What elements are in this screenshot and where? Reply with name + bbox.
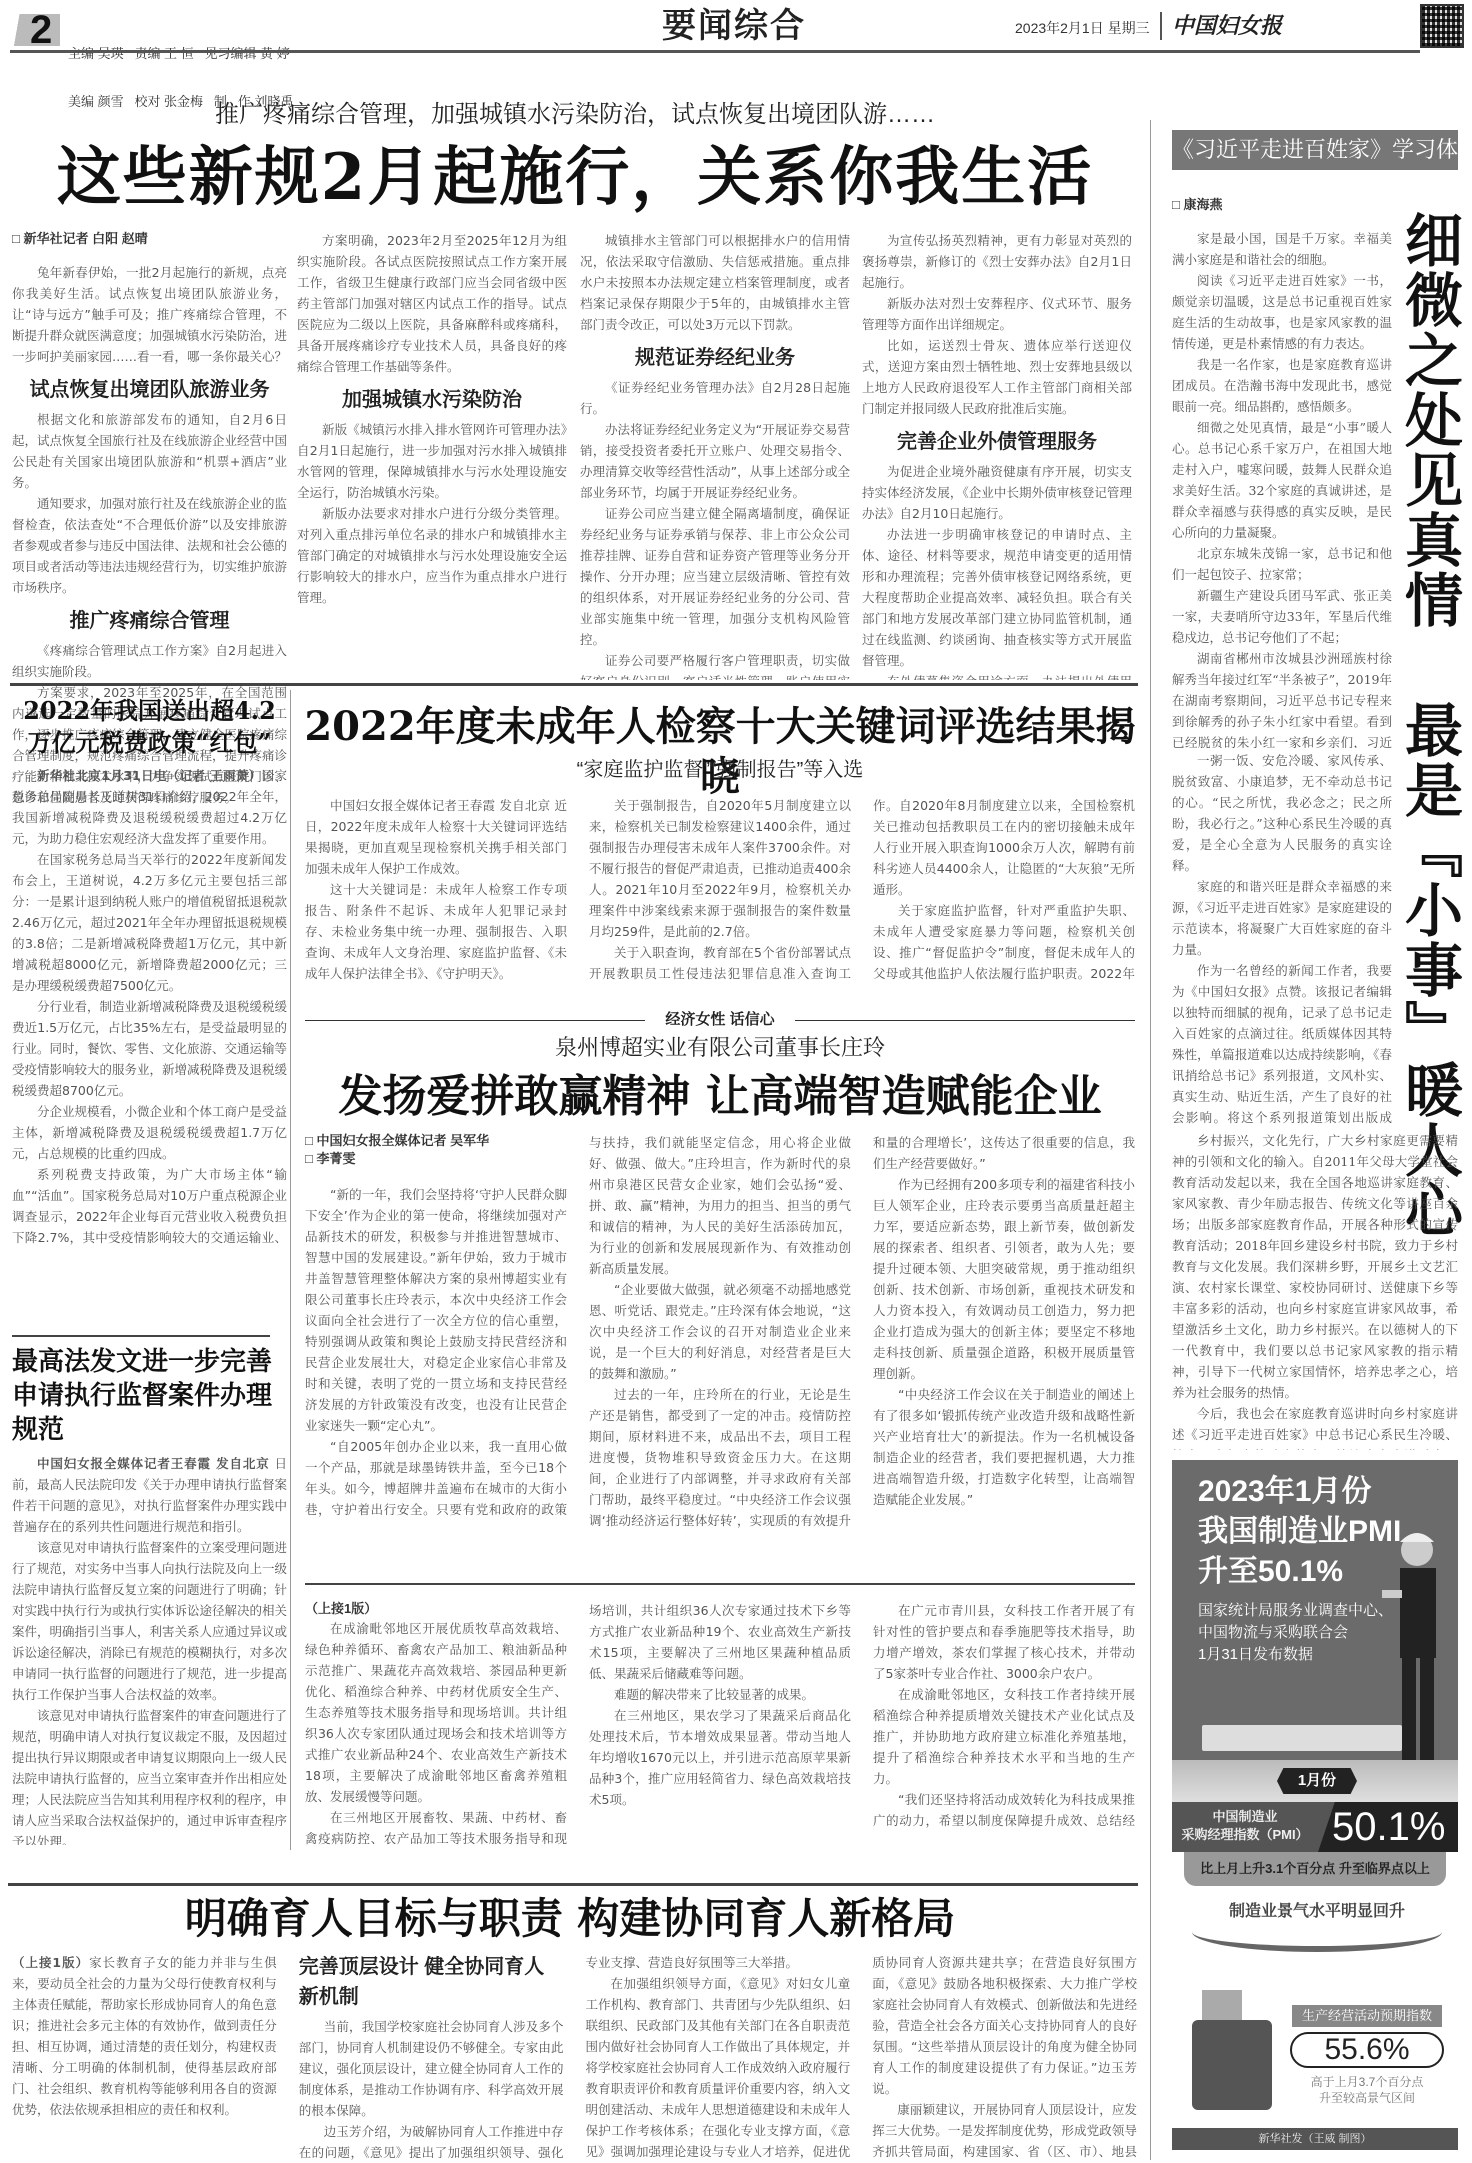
paragraph: 《证券经纪业务管理办法》自2月28日起施行。 <box>580 377 850 419</box>
paragraph: 在外债募集资金用途方面，办法提出外债用途正面导向和负面清单，从正反两个方面着力引… <box>862 671 1132 680</box>
tax-headline: 2022年我国送出超4.2万亿元税费政策“红包” <box>12 695 287 759</box>
infographic-source: 国家统计局服务业调查中心、 中国物流与采购联合会 1月31日发布数据 <box>1198 1600 1393 1666</box>
court-dateline: 中国妇女报全媒体记者王春霞 发自北京 <box>37 1456 270 1471</box>
paragraph: 当前，我国学校家庭社会协同育人涉及多个部门，协同育人机制建设仍不够健全。专家由此… <box>299 2016 564 2121</box>
logo-rule-right <box>795 1020 1135 1021</box>
paragraph: 湖南省郴州市汝城县沙洲瑶族村徐解秀当年接过红军“半条被子”，2019年在湖南考察… <box>1172 648 1392 748</box>
paragraph: 新版《城镇污水排入排水管网许可管理办法》自2月1日起施行，进一步加强对污水排入城… <box>297 419 567 503</box>
commentary-body-upper: 家是最小国，国是千万家。幸福美满小家庭是和谐社会的细胞。 阅读《习近平走进百姓家… <box>1172 228 1392 748</box>
lead-kicker: 推广疼痛综合管理，加强城镇水污染防治，试点恢复出境团队游…… <box>20 100 1130 130</box>
paragraph: 证券公司应当建立健全隔离墙制度，确保证券经纪业务与证券承销与保荐、非上市公众公司… <box>580 503 850 650</box>
paragraph: 分企业规模看，小微企业和个体工商户是受益主体，新增减税降费及退税缓税缓费超1.7… <box>12 1101 287 1164</box>
paragraph: 我是一名作家，也是家庭教育巡讲团成员。在浩瀚书海中发现此书，感觉眼前一亮。细品斟… <box>1172 354 1392 417</box>
expectation-label: 生产经营活动预期指数 <box>1292 2005 1442 2027</box>
month-tag: 1月份 <box>1277 1768 1357 1794</box>
lead-column-2: 方案明确，2023年2月至2025年12月为组织实施阶段。各试点医院按照试点工作… <box>297 230 567 680</box>
paragraph: 根据文化和旅游部发布的通知，自2月6日起，试点恢复全国旅行社及在线旅游企业经营中… <box>12 409 287 493</box>
paragraph: 方案明确，2023年2月至2025年12月为组织实施阶段。各试点医院按照试点工作… <box>297 230 567 377</box>
commentary-body-middle: 一粥一饭、安危冷暖、家风传承、脱贫致富、小康追梦，无不牵动总书记的心。“民之所忧… <box>1172 750 1392 1130</box>
paragraph: 难题的解决带来了比较显著的成果。 <box>589 1684 851 1705</box>
paragraph: 阅读《习近平走进百姓家》一书，颇觉亲切温暖，这是总书记重视百姓家庭生活的生动故事… <box>1172 270 1392 354</box>
procuratorate-subhead: “家庭监护监督”“强制报告”等入选 <box>300 757 1140 783</box>
section-title: 要闻综合 <box>662 6 806 46</box>
paragraph: 关于强制报告，自2020年5月制度建立以来，检察机关已制发检察建议1400余件，… <box>589 795 851 942</box>
section-divider <box>305 1583 1135 1585</box>
masthead: 2 主编 吴瑛 责编 王 恒 见习编辑 黄 婷 美编 颜雪 校对 张金梅 制 作… <box>0 0 1472 52</box>
page-number: 2 <box>30 10 52 50</box>
business-body: □ 中国妇女报全媒体记者 吴军华 □ 李菁雯 “新的一年，我们会坚持将‘守护人民… <box>305 1132 1135 1572</box>
paragraph: 证券公司要严格履行客户管理职责，切实做好客户身份识别、客户适当性管理、账户使用实… <box>580 650 850 680</box>
commentary-body-lower: 乡村振兴，文化先行，广大乡村家庭更需要精神的引领和文化的输入。自2011年父母大… <box>1172 1130 1458 1450</box>
paragraph: 《疼痛综合管理试点工作方案》自2月起进入组织实施阶段。 <box>12 640 287 682</box>
forklift-icon <box>1192 2020 1272 2110</box>
paragraph: 家庭的和谐兴旺是群众幸福感的来源，《习近平走进百姓家》是家庭建设的示范读本，将凝… <box>1172 876 1392 960</box>
expectation-value: 55.6% <box>1290 2032 1444 2068</box>
masthead-rule <box>10 50 1420 53</box>
lead-byline: □ 新华社记者 白阳 赵晴 <box>12 230 287 248</box>
column-logo: 经济女性 话信心 <box>655 1010 785 1030</box>
lead-column-3: 城镇排水主管部门可以根据排水户的信用情况，依法采取守信激励、失信惩戒措施。重点排… <box>580 230 850 680</box>
business-byline: □ 中国妇女报全媒体记者 吴军华 <box>305 1132 567 1150</box>
pallet-jack-icon <box>1202 1725 1402 1751</box>
pmi-row: 中国制造业 采购经理指数（PMI） 50.1% <box>1172 1802 1458 1852</box>
paragraph: 在国家税务总局当天举行的2022年度新闻发布会上，王道树说，4.2万多亿元主要包… <box>12 849 287 996</box>
paragraph: 办法将证券经纪业务定义为“开展证券交易营销，接受投资者委托开立账户、处理交易指令… <box>580 419 850 503</box>
paragraph: 乡村振兴，文化先行，广大乡村家庭更需要精神的引领和文化的输入。自2011年父母大… <box>1172 1130 1458 1403</box>
section-heading: 完善企业外债管理服务 <box>862 427 1132 457</box>
trend-label: 制造业景气水平明显回升 <box>1202 1900 1432 1924</box>
paragraph: 在三州地区，果农学习了果蔬采后商品化处理技术后，节本增效成果显著。带动当地人年均… <box>589 1705 851 1810</box>
lead-intro: 兔年新春伊始，一批2月起施行的新规，点亮你我美好生活。试点恢复出境团队旅游业务，… <box>12 262 287 367</box>
infographic-title: 2023年1月份 我国制造业PMI 升至50.1% <box>1198 1472 1401 1592</box>
column-logo-bar: 经济女性 话信心 <box>305 1010 1135 1030</box>
paragraph: 细微之处见真情，最是“小事”暖人心。总书记心系千家万户，在祖国大地走村入户，嘘寒… <box>1172 417 1392 543</box>
paragraph: 系列税费支持政策，为广大市场主体“输血”“活血”。国家税务总局对10万户重点税源… <box>12 1164 287 1250</box>
lead-headline: 这些新规2月起施行，关系你我生活 <box>20 140 1130 216</box>
tax-dateline: 新华社北京1月31日电（记者 王雨萧） <box>37 768 262 783</box>
paragraph: 今后，我也会在家庭教育巡讲时向乡村家庭讲述《习近平走进百姓家》中总书记心系民生冷… <box>1172 1403 1458 1450</box>
paragraph: 新版办法对烈士安葬程序、仪式环节、服务管理等方面作出详细规定。 <box>862 293 1132 335</box>
court-headline: 最高法发文进一步完善申请执行监督案件办理规范 <box>12 1345 287 1447</box>
paragraph: 家长教育子女的能力并非与生俱来，要动员全社会的力量为父母行使教育权利与主体责任赋… <box>12 1955 277 2117</box>
lead-column-4: 为宣传弘扬英烈精神，更有力彰显对英烈的褒扬尊崇，新修订的《烈士安葬办法》自2月1… <box>862 230 1132 680</box>
section-heading: 试点恢复出境团队旅游业务 <box>12 375 287 405</box>
education-subsection: 完善顶层设计 健全协同育人新机制 <box>299 1952 564 2012</box>
qr-code-icon[interactable] <box>1420 4 1464 48</box>
paragraph: 作为一名曾经的新闻工作者，我要为《中国妇女报》点赞。该报记者编辑以独特而细腻的视… <box>1172 960 1392 1130</box>
paragraph: 比如，运送烈士骨灰、遗体应举行送迎仪式，送迎方案由烈士牺牲地、烈士安葬地县级以上… <box>862 335 1132 419</box>
continued-label: （上接1版） <box>12 1955 89 1970</box>
section-divider <box>10 683 1138 686</box>
section-heading: 规范证券经纪业务 <box>580 343 850 373</box>
column-rule <box>290 690 291 1850</box>
tax-story: 2022年我国送出超4.2万亿元税费政策“红包” 新华社北京1月31日电（记者 … <box>12 695 287 1250</box>
paragraph: 在成渝毗邻地区，女科技工作者持续开展稻渔综合种养提质增效关键技术产业化试点及推广… <box>873 1684 1135 1789</box>
pmi-value: 50.1% <box>1332 1804 1445 1850</box>
pmi-infographic: 2023年1月份 我国制造业PMI 升至50.1% 国家统计局服务业调查中心、 … <box>1172 1460 1458 2150</box>
issue-date: 2023年2月1日 星期三 <box>1015 20 1150 36</box>
agri-continued-body: （上接1版） 在成渝毗邻地区开展优质牧草高效栽培、绿色种养循环、畜禽农产品加工、… <box>305 1600 1135 1850</box>
paragraph: 在广元市青川县，女科技工作者开展了有针对性的管护要点和春季施肥等技术指导，助力增… <box>873 1600 1135 1684</box>
paragraph: “新的一年，我们会坚持将‘守护人民群众脚下安全’作为企业的第一使命，将继续加强对… <box>305 1184 567 1436</box>
pmi-change-note: 比上月上升3.1个百分点 升至临界点以上 <box>1184 1852 1446 1886</box>
commentary-vertical-title: 细微之处见真情 最是『小事』暖人心 <box>1400 210 1462 1240</box>
paragraph: 这十大关键词是：未成年人检察工作专项报告、附条件不起诉、未成年人犯罪记录封存、未… <box>305 879 567 984</box>
section-divider <box>8 1883 1138 1886</box>
infographic-credit: 新华社发（王威 制图） <box>1172 2128 1458 2150</box>
commentary-banner: 《习近平走进百姓家》学习体会 <box>1172 130 1458 170</box>
column-rule <box>1150 120 1151 2160</box>
expectation-note: 高于上月3.7个百分点 升至较高景气区间 <box>1290 2074 1444 2106</box>
education-body: （上接1版）家长教育子女的能力并非与生俱来，要动员全社会的力量为父母行使教育权利… <box>12 1952 1137 2163</box>
paragraph: “中央经济工作会议在关于制造业的阐述上有了很多如‘锻抓传统产业改造升级和战略性新… <box>873 1384 1135 1510</box>
paragraph: 该意见对申请执行监督案件的审查问题进行了规范，明确申请人对执行复议裁定不服，及因… <box>12 1705 287 1845</box>
paragraph: 为宣传弘扬英烈精神，更有力彰显对英烈的褒扬尊崇，新修订的《烈士安葬办法》自2月1… <box>862 230 1132 293</box>
paragraph: 该意见对申请执行监督案件的立案受理问题进行了规范，对实务中当事人向执行法院及向上… <box>12 1537 287 1705</box>
paragraph: 家是最小国，国是千万家。幸福美满小家庭是和谐社会的细胞。 <box>1172 228 1392 270</box>
procuratorate-headline: 2022年度未成年人检察十大关键词评选结果揭晓 <box>300 702 1140 802</box>
pmi-label: 中国制造业 采购经理指数（PMI） <box>1180 1808 1310 1844</box>
commentary-author: □ 康海燕 <box>1172 196 1222 214</box>
business-kicker: 泉州博超实业有限公司董事长庄玲 <box>300 1035 1140 1061</box>
business-headline: 发扬爱拼敢赢精神 让高端智造赋能企业 <box>300 1070 1140 1124</box>
paragraph: 通知要求，加强对旅行社及在线旅游企业的监督检查，依法查处“不合理低价游”以及安排… <box>12 493 287 598</box>
paragraph: 新疆生产建设兵团马军武、张正美一家，夫妻哨所守边33年，军垦后代维稳戍边，总书记… <box>1172 585 1392 648</box>
paragraph: 城镇排水主管部门可以根据排水户的信用情况，依法采取守信激励、失信惩戒措施。重点排… <box>580 230 850 335</box>
section-divider <box>12 1335 270 1337</box>
court-story: 最高法发文进一步完善申请执行监督案件办理规范 中国妇女报全媒体记者王春霞 发自北… <box>12 1345 287 1845</box>
business-byline: □ 李菁雯 <box>305 1150 567 1168</box>
education-headline: 明确育人目标与职责 构建协同育人新格局 <box>10 1893 1130 1945</box>
continued-label: （上接1版） <box>305 1600 567 1618</box>
paragraph: 在成渝毗邻地区开展优质牧草高效栽培、绿色种养循环、畜禽农产品加工、粮油新品种示范… <box>305 1618 567 1807</box>
paragraph: 新版办法要求对排水户进行分级分类管理。对列入重点排污单位名录的排水户和城镇排水主… <box>297 503 567 608</box>
paragraph: 办法进一步明确审核登记的申请时点、主体、途径、材料等要求，规范申请变更的适用情形… <box>862 524 1132 671</box>
paragraph: 一粥一饭、安危冷暖、家风传承、脱贫致富、小康追梦，无不牵动总书记的心。“民之所忧… <box>1172 750 1392 876</box>
paragraph: 北京东城朱茂锦一家，总书记和他们一起包饺子、拉家常； <box>1172 543 1392 585</box>
section-heading: 加强城镇水污染防治 <box>297 385 567 415</box>
paragraph: “企业要做大做强，就必须毫不动摇地感党恩、听党话、跟党走。”庄玲深有体会地说，“… <box>589 1279 851 1384</box>
paper-logo: 中国妇女报 <box>1160 12 1282 40</box>
paragraph: 中国妇女报全媒体记者王春霞 发自北京 近日，2022年度未成年人检察十大关键词评… <box>305 795 567 879</box>
procuratorate-body: 中国妇女报全媒体记者王春霞 发自北京 近日，2022年度未成年人检察十大关键词评… <box>305 795 1135 985</box>
logo-rule-left <box>305 1020 645 1021</box>
credits-line-1: 主编 吴瑛 责编 王 恒 见习编辑 黄 婷 <box>68 46 293 62</box>
paragraph: 为促进企业境外融资健康有序开展，切实支持实体经济发展，《企业中长期外债审核登记管… <box>862 461 1132 524</box>
paragraph: 分行业看，制造业新增减税降费及退税缓税缓费近1.5万亿元，占比35%左右，是受益… <box>12 996 287 1101</box>
section-heading: 推广疼痛综合管理 <box>12 606 287 636</box>
paragraph: 作为已经拥有200多项专利的福建省科技小巨人领军企业，庄玲表示要勇当高质量赶超主… <box>873 1174 1135 1384</box>
